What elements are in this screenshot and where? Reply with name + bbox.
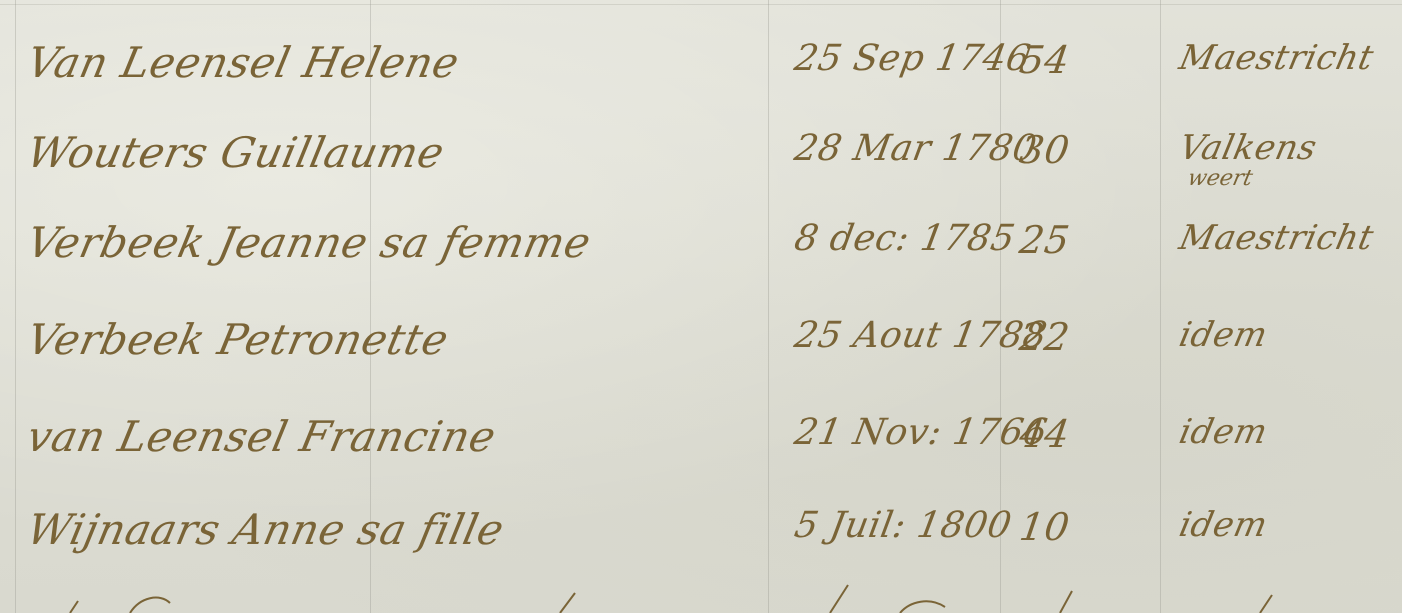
person-name: Verbeek Petronette: [23, 315, 453, 364]
person-name: Wijnaars Anne sa fille: [23, 505, 509, 554]
person-name: van Leensel Francine: [23, 412, 501, 461]
person-name: Van Leensel Helene: [23, 38, 464, 87]
age: 25: [1017, 218, 1073, 262]
person-name: Wouters Guillaume: [23, 128, 449, 177]
age: 22: [1017, 315, 1073, 359]
birth-date: 28 Mar 1780: [791, 128, 1040, 169]
birth-place: idem: [1176, 412, 1272, 452]
birth-place: idem: [1176, 315, 1272, 355]
birth-date: 5 Juil: 1800: [791, 505, 1014, 546]
person-name: Verbeek Jeanne sa femme: [23, 218, 596, 267]
birth-place-continuation: weert: [1185, 166, 1255, 191]
register-row: Verbeek Petronette 25 Aout 1788 22 idem: [0, 315, 1402, 395]
register-row: Verbeek Jeanne sa femme 8 dec: 1785 25 M…: [0, 218, 1402, 298]
birth-place: Valkens: [1176, 128, 1321, 168]
birth-place: Maestricht: [1176, 218, 1378, 258]
birth-date: 25 Sep 1746: [791, 38, 1033, 79]
register-row: Wouters Guillaume 28 Mar 1780 30 Valkens…: [0, 128, 1402, 208]
register-row: Van Leensel Helene 25 Sep 1746 54 Maestr…: [0, 38, 1402, 118]
age: 54: [1017, 38, 1073, 82]
birth-place: Maestricht: [1176, 38, 1378, 78]
age: 10: [1017, 505, 1073, 549]
birth-date: 25 Aout 1788: [791, 315, 1050, 356]
birth-place: idem: [1176, 505, 1272, 545]
cut-off-next-row-strokes: [0, 583, 1402, 613]
birth-date: 21 Nov: 1766: [791, 412, 1050, 453]
register-row: van Leensel Francine 21 Nov: 1766 44 ide…: [0, 412, 1402, 492]
top-rule: [0, 4, 1402, 5]
age: 30: [1017, 128, 1073, 172]
register-page: Van Leensel Helene 25 Sep 1746 54 Maestr…: [0, 0, 1402, 613]
birth-date: 8 dec: 1785: [791, 218, 1018, 259]
age: 44: [1017, 412, 1073, 456]
register-row: Wijnaars Anne sa fille 5 Juil: 1800 10 i…: [0, 505, 1402, 585]
